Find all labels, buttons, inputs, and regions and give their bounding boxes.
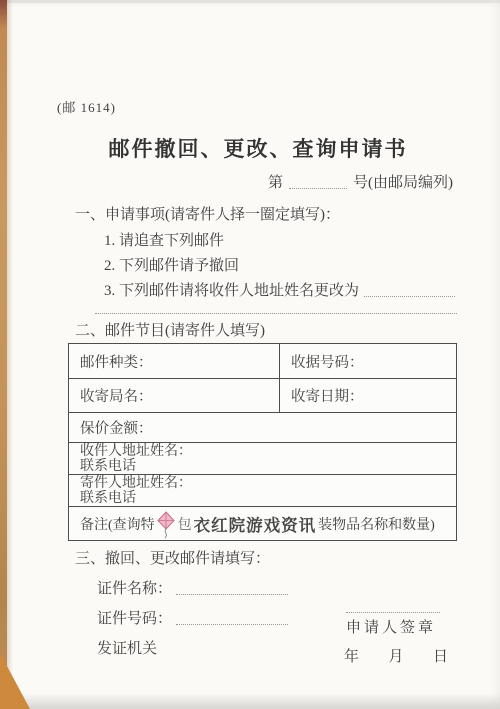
accepting-date-cell: 收寄日期： — [279, 379, 456, 412]
sender-phone-label: 联系电话 — [80, 491, 456, 506]
mail-details-table: 邮件种类： 收据号码： 收寄局名： 收寄日期： 保价金额： 收件人地址姓名： 联… — [68, 343, 457, 541]
receipt-number-cell: 收据号码： — [279, 344, 456, 378]
remark-suffix: 装物品名称和数量) — [318, 514, 435, 534]
table-row: 寄件人地址姓名： 联系电话 — [69, 474, 456, 506]
serial-prefix: 第 — [268, 171, 283, 192]
signature-blank — [346, 612, 440, 613]
id-number-label: 证件号码： — [97, 607, 172, 628]
date-row: 年 月 日 — [344, 645, 448, 666]
section3-heading: 三、撤回、更改邮件请填写： — [75, 547, 270, 568]
id-name-field: 证件名称： — [97, 577, 288, 598]
table-row: 邮件种类： 收据号码： — [69, 344, 456, 378]
watermark-text: 衣红院游戏资讯 — [194, 512, 317, 536]
section1-item-withdraw: 2. 下列邮件请予撤回 — [104, 254, 239, 275]
id-name-label: 证件名称： — [97, 577, 172, 598]
kite-icon — [156, 511, 176, 539]
mail-type-cell: 邮件种类： — [69, 344, 279, 378]
table-row: 备注(查询特 包 衣红院游戏资讯 装物品名称和数量) — [69, 506, 456, 540]
remark-prefix: 备注(查询特 — [80, 514, 155, 534]
id-number-field: 证件号码： — [97, 607, 288, 628]
section1-item-trace: 1. 请追查下列邮件 — [104, 229, 224, 250]
issuing-authority-label: 发证机关 — [97, 637, 157, 658]
page-bottom-edge — [0, 693, 500, 709]
form-code: (邮 1614) — [57, 97, 116, 116]
table-row: 收寄局名： 收寄日期： — [69, 378, 456, 412]
recipient-cell: 收件人地址姓名： 联系电话 — [69, 443, 456, 474]
remark-obscured-char: 包 — [178, 514, 192, 534]
id-number-blank — [176, 612, 288, 625]
scanned-form-page: (邮 1614) 邮件撤回、更改、查询申请书 第 号(由邮局编列) 一、申请事项… — [0, 0, 500, 709]
issuing-authority-field: 发证机关 — [97, 637, 157, 658]
remark-cell: 备注(查询特 包 衣红院游戏资讯 装物品名称和数量) — [69, 507, 456, 540]
section1-heading: 一、申请事项(请寄件人择一圈定填写)： — [75, 203, 340, 224]
change-to-blank — [364, 284, 455, 297]
insured-amount-cell: 保价金额： — [69, 413, 456, 442]
section1-item-change: 3. 下列邮件请将收件人地址姓名更改为 — [104, 279, 455, 300]
serial-number-line: 第 号(由邮局编列) — [268, 171, 453, 192]
table-row: 保价金额： — [69, 412, 456, 442]
signature-label: 申请人签章 — [346, 616, 436, 637]
serial-suffix: 号(由邮局编列) — [353, 171, 453, 192]
section2-heading: 二、邮件节目(请寄件人填写) — [75, 319, 265, 340]
date-year-label: 年 — [344, 645, 359, 666]
book-spine-edge — [0, 0, 7, 709]
date-month-label: 月 — [388, 645, 403, 666]
page-top-edge — [0, 0, 500, 3]
section1-item-change-label: 3. 下列邮件请将收件人地址姓名更改为 — [104, 279, 359, 300]
sender-cell: 寄件人地址姓名： 联系电话 — [69, 475, 456, 506]
form-title: 邮件撤回、更改、查询申请书 — [68, 133, 448, 163]
continuation-blank-line — [95, 313, 457, 314]
accepting-office-cell: 收寄局名： — [69, 379, 279, 412]
recipient-name-label: 收件人地址姓名： — [80, 444, 456, 459]
date-day-label: 日 — [433, 645, 448, 666]
page-corner-fold — [0, 653, 30, 709]
recipient-phone-label: 联系电话 — [80, 459, 456, 474]
sender-name-label: 寄件人地址姓名： — [80, 476, 456, 491]
serial-number-blank — [289, 176, 347, 189]
id-name-blank — [176, 582, 288, 595]
book-spine-shadow — [7, 0, 13, 709]
table-row: 收件人地址姓名： 联系电话 — [69, 442, 456, 474]
